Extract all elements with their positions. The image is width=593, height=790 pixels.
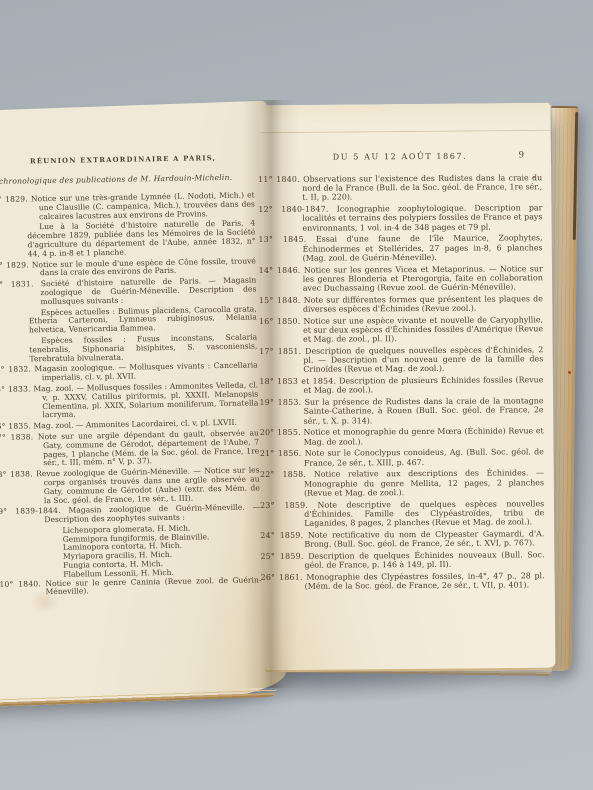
entry-number: 26° 1861.: [261, 573, 303, 582]
bibliography-entry: 7° 1838. Note sur une argile dépendant d…: [0, 429, 259, 469]
left-page-text: RÉUNION EXTRAORDINAIRE A PARIS, te chron…: [0, 153, 262, 600]
entry-number: 21° 1856.: [260, 449, 302, 458]
entry-number: 17° 1851.: [259, 347, 301, 356]
entry-number: 19° 1853.: [259, 398, 301, 407]
entry-number: 13° 1845.: [259, 235, 307, 244]
entry-number: 14° 1846.: [259, 265, 301, 274]
right-running-header: DU 5 AU 12 AOÛT 1867. 9: [258, 151, 542, 162]
entry-number: 1° 1829.: [0, 194, 28, 204]
foxing-spot: [150, 300, 168, 314]
entry-number: 9° 1839-1844.: [0, 506, 61, 516]
right-page-text: DU 5 AU 12 AOÛT 1867. 9 11° 1840. Observ…: [258, 151, 545, 594]
foxing-spot: [30, 590, 60, 614]
bibliography-entry: 12° 1840-1847. Iconographie zoophytologi…: [258, 203, 542, 232]
entry-number: 18° 1853 et 1854.: [259, 377, 336, 386]
entry-number: 6° 1835.: [0, 421, 31, 431]
entry-note: Lue à la Société d'histoire naturelle de…: [0, 220, 256, 260]
entry-number: 8° 1838.: [0, 469, 33, 479]
bibliography-entry: 9° 1839-1844. Magasin zoologique de Guér…: [0, 504, 260, 526]
bibliography-entry: 14° 1846. Notice sur les genres Vicea et…: [259, 264, 543, 293]
entry-number: 16° 1850.: [259, 317, 300, 326]
red-speck: [533, 176, 535, 178]
entry-number: 2° 1829.: [0, 260, 29, 270]
header-date-range: DU 5 AU 12 AOÛT 1867.: [333, 152, 468, 162]
bibliography-entry: 24° 1859. Note rectificative du nom de C…: [260, 529, 544, 549]
bibliography-entry: 8° 1838. Revue zoologique de Guérin-Méne…: [0, 466, 260, 506]
entry-number: 23° 1859.: [260, 500, 308, 509]
bibliography-entry: 23° 1859. Note descriptive de quelques e…: [260, 499, 544, 528]
entry-number: 5° 1833.: [0, 384, 31, 394]
photo-background: { "palette": { "background": "#b3bac0", …: [0, 0, 593, 790]
bibliography-entry: 3° 1831. Société d'histoire naturelle de…: [0, 277, 257, 308]
bibliography-entry: 25° 1859. Description de quelques Échini…: [260, 550, 544, 570]
bibliography-entry: 5° 1833. Mag. zool. — Mollusques fossile…: [0, 381, 259, 421]
bibliography-entry: 16° 1850. Notice sur une espèce vivante …: [259, 315, 543, 344]
entry-number: 25° 1859.: [260, 552, 303, 561]
entry-number: 22° 1858.: [260, 470, 306, 479]
bibliography-entry: 22° 1858. Notice relative aux descriptio…: [260, 469, 544, 498]
entry-number: 15° 1848.: [259, 296, 301, 305]
red-speck: [568, 371, 571, 374]
bibliography-entry: 17° 1851. Description de quelques nouvel…: [259, 345, 543, 374]
entry-number: 12° 1840-1847.: [258, 205, 328, 214]
entry-number: 20° 1855.: [260, 428, 301, 437]
entry-number: 4° 1832.: [0, 365, 31, 375]
entry-number: 24° 1859.: [260, 531, 303, 540]
entry-number: 11° 1840.: [258, 175, 300, 184]
bibliography-entry: 11° 1840. Observations sur l'existence d…: [258, 173, 542, 202]
bibliography-entry: 13° 1845. Essai d'une faune de l'île Mau…: [259, 234, 543, 263]
bibliography-entry: 26° 1861. Monographie des Clypéastres fo…: [261, 571, 545, 591]
entry-note: Espèces fossiles : Fusus inconstans, Sca…: [0, 333, 258, 364]
entry-note: Espèces actuelles : Bulimus placidens, C…: [0, 305, 257, 336]
chronological-list-caption: te chronologique des publications de M. …: [0, 172, 254, 186]
bibliography-entry: 15° 1848. Note sur différentes formes qu…: [259, 294, 543, 314]
left-entries: 1° 1829. Notice sur une très-grande Lymn…: [0, 191, 262, 598]
bibliography-entry: 20° 1855. Notice et monographie du genre…: [260, 427, 544, 447]
entry-number: 10° 1840.: [0, 579, 41, 589]
bibliography-entry: 21° 1856. Note sur le Conoclypus conoide…: [260, 448, 544, 468]
right-entries: 11° 1840. Observations sur l'existence d…: [258, 173, 545, 591]
entry-number: 7° 1838.: [0, 432, 33, 442]
entry-number: 3° 1831.: [0, 279, 34, 289]
page-number: 9: [519, 150, 525, 160]
bibliography-entry: 19° 1853. Sur la présence de Rudistes da…: [259, 396, 543, 425]
bibliography-entry: 18° 1853 et 1854. Description de plusieu…: [259, 375, 543, 395]
bibliography-entry: 1° 1829. Notice sur une très-grande Lymn…: [0, 191, 255, 222]
